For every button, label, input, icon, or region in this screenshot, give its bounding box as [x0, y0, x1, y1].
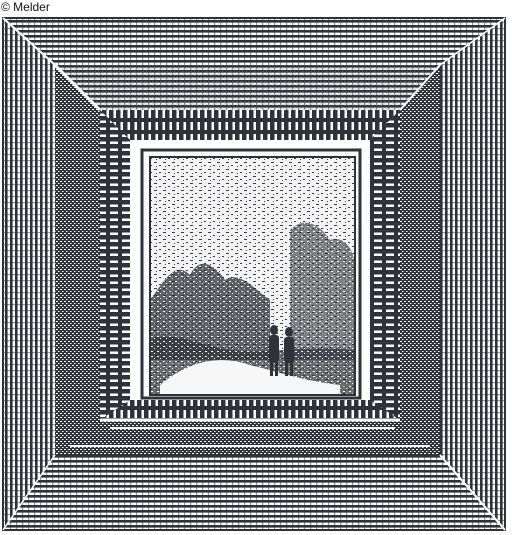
- outer-frame-top: [3, 18, 505, 65]
- trees-right: [290, 223, 355, 360]
- landscape-picture: [150, 157, 355, 395]
- outer-frame-right: [440, 18, 505, 530]
- outer-frame-bottom: [3, 455, 505, 530]
- framed-engraving: [0, 0, 512, 535]
- outer-frame-left: [3, 18, 55, 530]
